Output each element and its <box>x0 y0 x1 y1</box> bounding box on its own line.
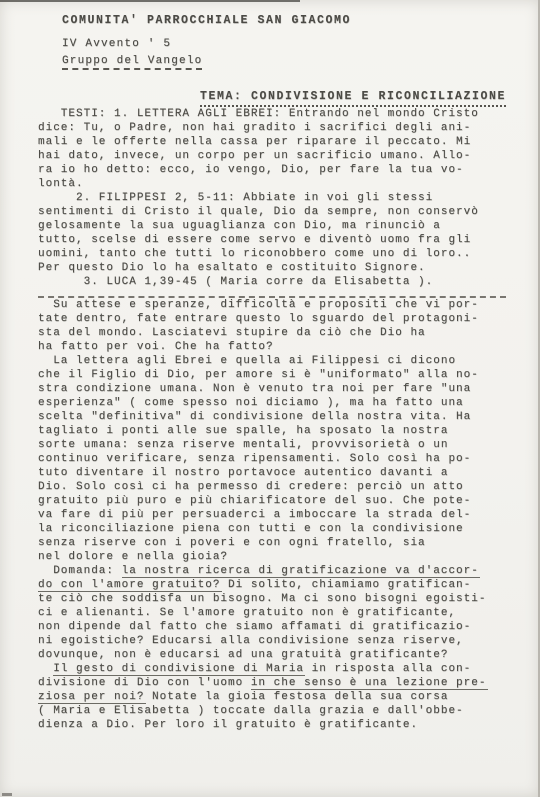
underline-domanda-line1 <box>122 577 480 579</box>
underline-gesto-line1 <box>53 675 305 677</box>
section-divider <box>38 296 506 298</box>
paragraph-domanda: Domanda: la nostra ricerca di gratificaz… <box>38 564 510 662</box>
group-subtitle: Gruppo del Vangelo <box>62 55 202 70</box>
scan-edge-artifact-top <box>0 0 300 2</box>
paragraph-luca-reference: 3. LUCA 1,39-45 ( Maria corre da Elisabe… <box>38 275 510 289</box>
paragraph-lettera-commentary: La lettera agli Ebrei e quella ai Filipp… <box>38 354 510 564</box>
paragraph-testi: TESTI: 1. LETTERA AGLI EBREI: Entrando n… <box>38 107 510 275</box>
underline-gesto-line3 <box>38 703 146 705</box>
title-row: TEMA: CONDIVISIONE E RICONCILIAZIONE <box>38 86 510 107</box>
document-theme-title: TEMA: CONDIVISIONE E RICONCILIAZIONE <box>200 90 506 107</box>
underline-gesto-line2 <box>251 689 488 691</box>
organization-title: COMUNITA' PARROCCHIALE SAN GIACOMO <box>62 14 510 27</box>
paragraph-gesto-wrapper: Il gesto di condivisione di Maria in ris… <box>38 662 510 732</box>
paragraph-domanda-wrapper: Domanda: la nostra ricerca di gratificaz… <box>38 564 510 662</box>
page-content: COMUNITA' PARROCCHIALE SAN GIACOMO IV Av… <box>38 12 510 732</box>
scan-edge-artifact-bottom <box>2 793 12 796</box>
underline-domanda-line2 <box>38 591 222 593</box>
edition-line: IV Avvento ' 5 <box>62 38 510 50</box>
document-page: COMUNITA' PARROCCHIALE SAN GIACOMO IV Av… <box>0 0 540 797</box>
paragraph-intro: Su attese e speranze, difficoltà e propo… <box>38 298 510 354</box>
paragraph-gesto: Il gesto di condivisione di Maria in ris… <box>38 662 510 732</box>
